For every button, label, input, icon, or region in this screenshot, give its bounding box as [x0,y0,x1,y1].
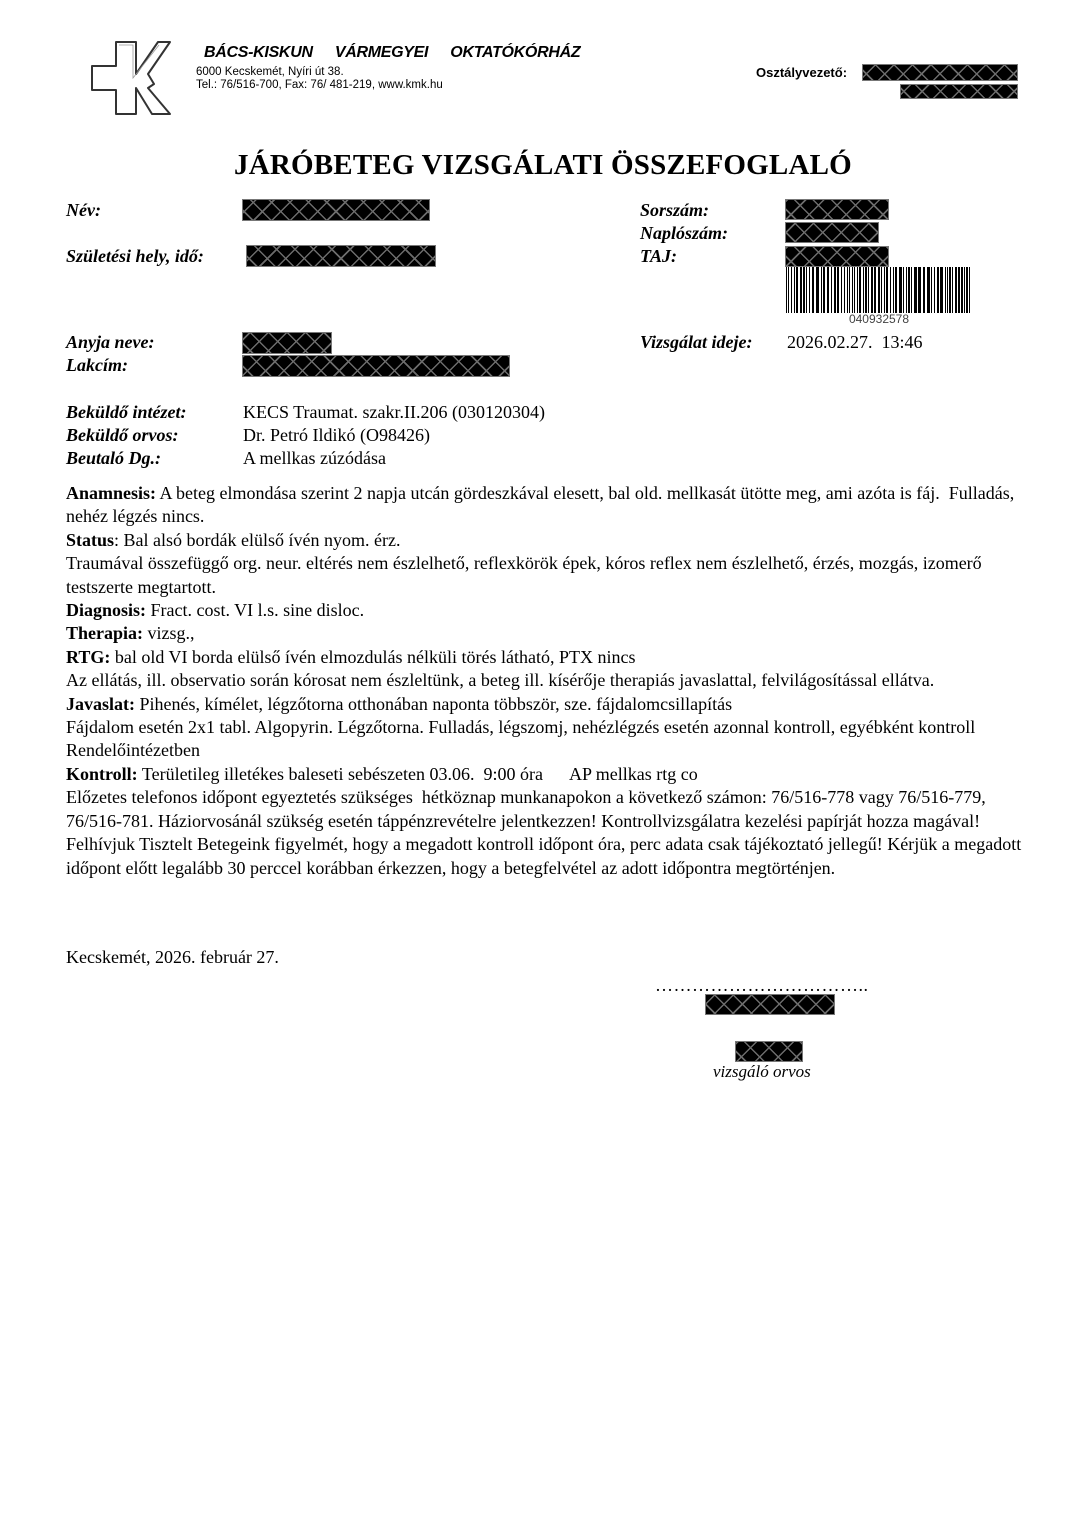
referring-institute-label: Beküldő intézet: [66,401,187,424]
taj-label: TAJ: [640,245,677,268]
serial-label: Sorszám: [640,199,709,222]
control-text: Területileg illetékes baleseti sebészete… [138,764,698,784]
control-section: Kontroll: Területileg illetékes baleseti… [66,763,1036,786]
anamnesis-section: Anamnesis: A beteg elmondása szerint 2 n… [66,482,1036,529]
hospital-name: BÁCS-KISKUN VÁRMEGYEI OKTATÓKÓRHÁZ [204,44,580,62]
redacted-mother-name [242,332,332,354]
status-neuro-text: Traumával összefüggő org. neur. eltérés … [66,552,1036,599]
referring-institute-value: KECS Traumat. szakr.II.206 (030120304) [243,401,545,424]
suggestion-text-2: Fájdalom esetén 2x1 tabl. Algopyrin. Lég… [66,716,1036,763]
diagnosis-text: Fract. cost. VI l.s. sine disloc. [146,600,364,620]
suggestion-label: Javaslat: [66,694,135,714]
therapy-text: vizsg., [143,623,195,643]
suggestion-text: Pihenés, kímélet, légzőtorna otthonában … [135,694,732,714]
redacted-doctor-name [705,994,835,1015]
exam-time-value: 2026.02.27. 13:46 [787,331,923,354]
control-label: Kontroll: [66,764,138,784]
exam-time-label: Vizsgálat ideje: [640,331,753,354]
redacted-department-head [862,64,1018,81]
status-section: Status: Bal alsó bordák elülső ívén nyom… [66,529,1036,552]
hospital-logo-icon [86,38,172,118]
redacted-department-head-2 [900,84,1018,99]
redacted-doctor-code [735,1041,803,1062]
hospital-contact: Tel.: 76/516-700, Fax: 76/ 481-219, www.… [196,79,443,92]
redacted-serial [785,199,889,220]
referring-doctor-value: Dr. Petró Ildikó (O98426) [243,424,430,447]
rtg-section: RTG: bal old VI borda elülső ívén elmozd… [66,646,1036,669]
address-label: Lakcím: [66,354,128,377]
status-label: Status [66,530,114,550]
observation-text: Az ellátás, ill. observatio során kórosa… [66,669,1036,692]
log-number-label: Naplószám: [640,222,728,245]
anamnesis-label: Anamnesis: [66,483,156,503]
referral-diagnosis-value: A mellkas zúzódása [243,447,386,470]
redacted-birth [246,245,436,267]
suggestion-section: Javaslat: Pihenés, kímélet, légzőtorna o… [66,693,1036,716]
therapy-label: Therapia: [66,623,143,643]
rtg-label: RTG: [66,647,110,667]
redacted-log-number [785,222,879,243]
redacted-name [242,199,430,221]
barcode-number: 040932578 [786,312,972,326]
diagnosis-label: Diagnosis: [66,600,146,620]
department-head-label: Osztályvezető: [756,65,847,80]
referring-doctor-label: Beküldő orvos: [66,424,179,447]
hospital-address: 6000 Kecskemét, Nyíri út 38. [196,66,344,79]
mother-name-label: Anyja neve: [66,331,154,354]
therapy-section: Therapia: vizsg., [66,622,1036,645]
diagnosis-section: Diagnosis: Fract. cost. VI l.s. sine dis… [66,599,1036,622]
referral-diagnosis-label: Beutaló Dg.: [66,447,161,470]
redacted-address [242,355,510,377]
clinical-summary: Anamnesis: A beteg elmondása szerint 2 n… [66,482,1036,880]
anamnesis-text: A beteg elmondása szerint 2 napja utcán … [66,483,1019,526]
rtg-text: bal old VI borda elülső ívén elmozdulás … [110,647,635,667]
place-date: Kecskemét, 2026. február 27. [66,946,279,969]
status-text: : Bal alsó bordák elülső ívén nyom. érz. [114,530,400,550]
signature-line: …………………………….. [655,975,869,996]
name-label: Név: [66,199,101,222]
birth-label: Születési hely, idő: [66,245,204,268]
document-title: JÁRÓBETEG VIZSGÁLATI ÖSSZEFOGLALÓ [234,149,852,182]
notice-text: Előzetes telefonos időpont egyeztetés sz… [66,786,1036,880]
barcode [786,267,972,313]
examining-doctor-label: vizsgáló orvos [713,1062,811,1082]
redacted-taj [785,246,889,267]
